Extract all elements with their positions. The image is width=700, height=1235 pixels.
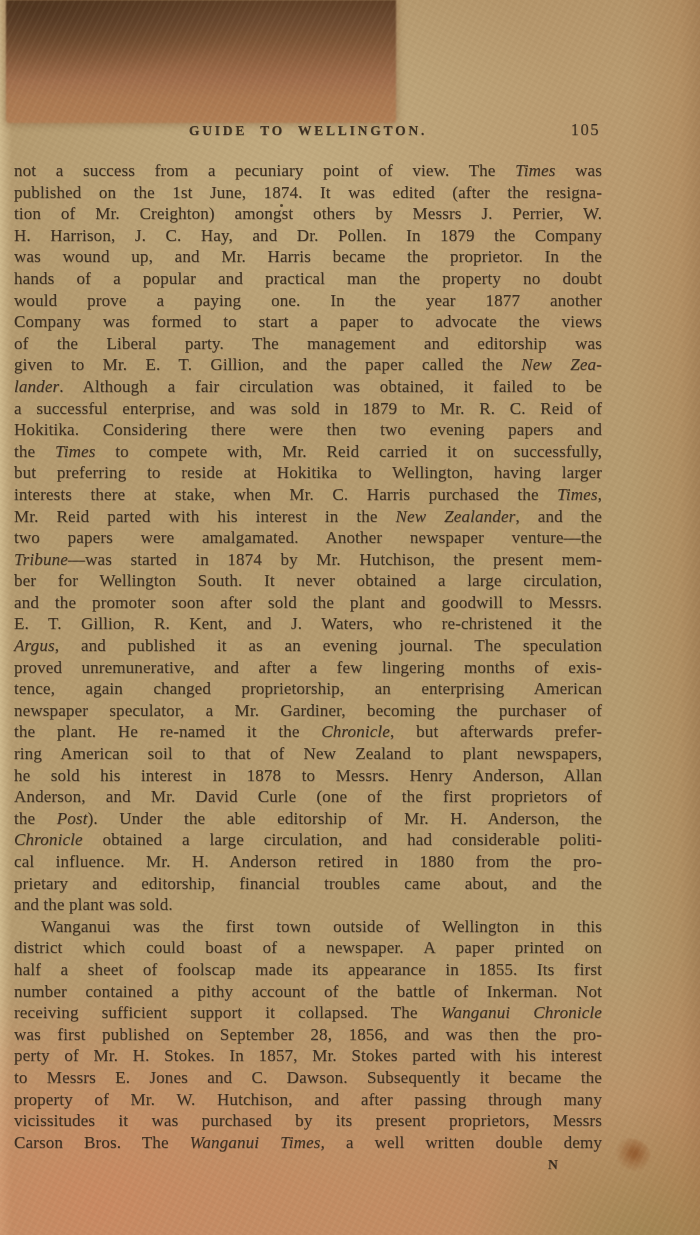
paper-texture xyxy=(0,0,700,1235)
book-page: GUIDE TO WELLINGTON. 105 not a success f… xyxy=(0,0,700,1235)
